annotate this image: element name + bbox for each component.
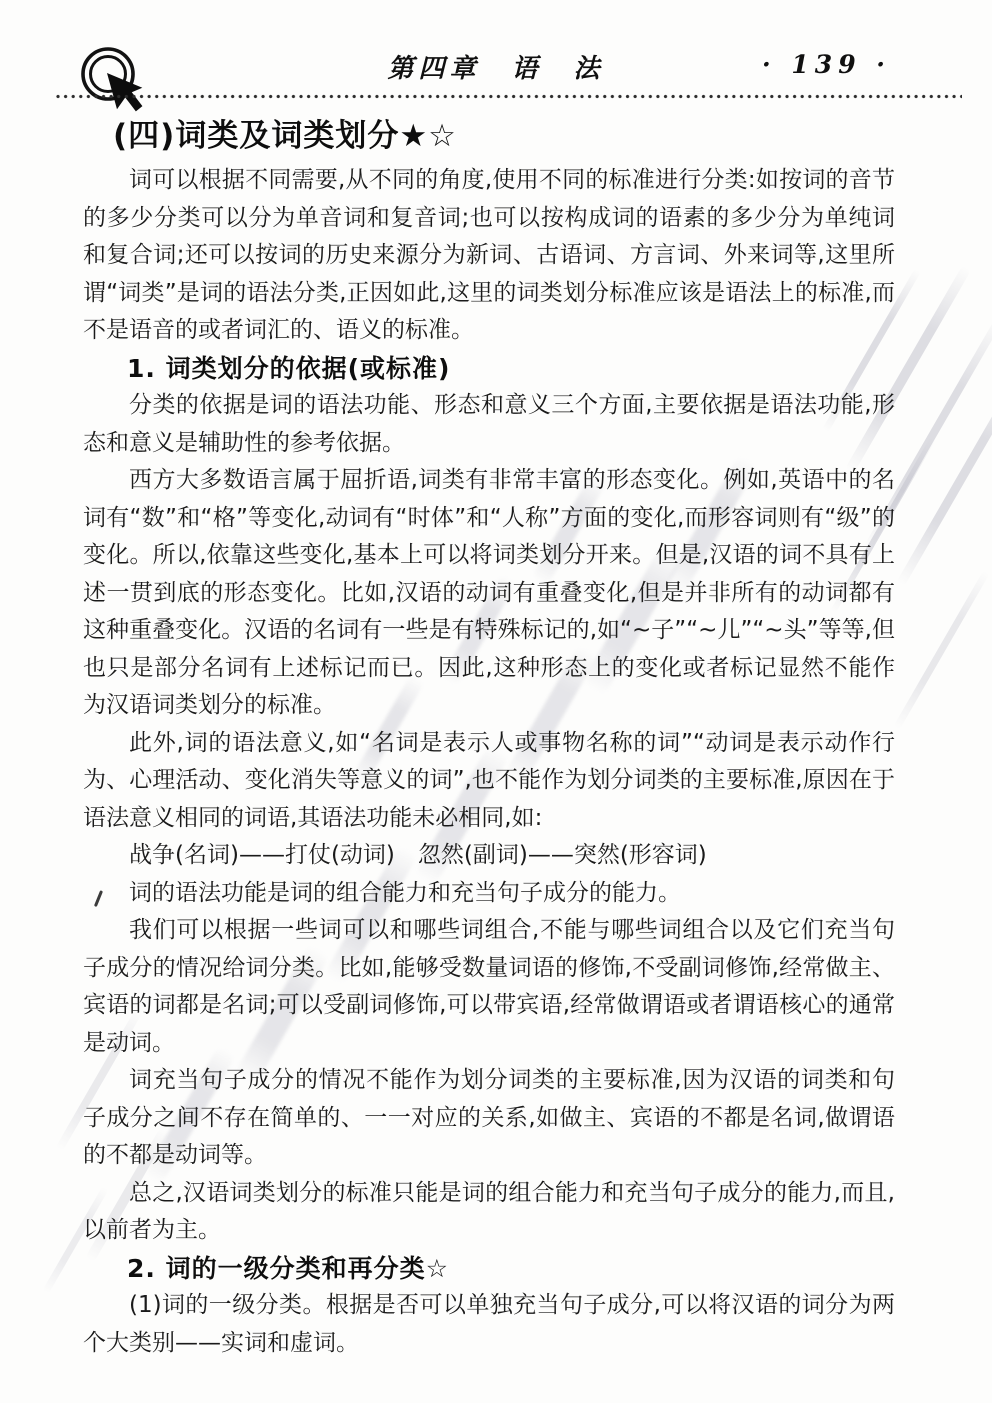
paragraph-primary-classification: (1)词的一级分类。根据是否可以单独充当句子成分,可以将汉语的词分为两个大类别—… <box>83 1287 895 1362</box>
paragraph-intro: 词可以根据不同需要,从不同的角度,使用不同的标准进行分类:如按词的音节的多少分类… <box>83 162 895 350</box>
heading-classification: 2. 词的一级分类和再分类☆ <box>83 1250 895 1288</box>
page-content: (四)词类及词类划分★☆ 词可以根据不同需要,从不同的角度,使用不同的标准进行分… <box>83 110 895 1362</box>
paragraph-function-definition: 词的语法功能是词的组合能力和充当句子成分的能力。 <box>83 875 895 913</box>
paragraph-combination: 我们可以根据一些词可以和哪些词组合,不能与哪些词组合以及它们充当句子成分的情况给… <box>83 912 895 1062</box>
paragraph-sentence-role: 词充当句子成分的情况不能作为划分词类的主要标准,因为汉语的词类和句子成分之间不存… <box>83 1062 895 1175</box>
paragraph-basis: 分类的依据是词的语法功能、形态和意义三个方面,主要依据是语法功能,形态和意义是辅… <box>83 387 895 462</box>
example-line: 战争(名词)——打仗(动词) 忽然(副词)——突然(形容词) <box>83 837 895 875</box>
header-divider <box>56 94 962 99</box>
paragraph-grammatical-meaning: 此外,词的语法意义,如“名词是表示人或事物名称的词”“动词是表示动作行为、心理活… <box>83 725 895 838</box>
page-number: · 139 · <box>762 50 891 79</box>
heading-criteria: 1. 词类划分的依据(或标准) <box>83 350 895 388</box>
paragraph-summary: 总之,汉语词类划分的标准只能是词的组合能力和充当句子成分的能力,而且,以前者为主… <box>83 1175 895 1250</box>
section-title: (四)词类及词类划分★☆ <box>83 110 895 162</box>
book-page: 第四章 语 法 · 139 · (四)词类及词类划分★☆ 词可以根据不同需要,从… <box>0 0 992 1403</box>
paragraph-western-languages: 西方大多数语言属于屈折语,词类有非常丰富的形态变化。例如,英语中的名词有“数”和… <box>83 462 895 725</box>
